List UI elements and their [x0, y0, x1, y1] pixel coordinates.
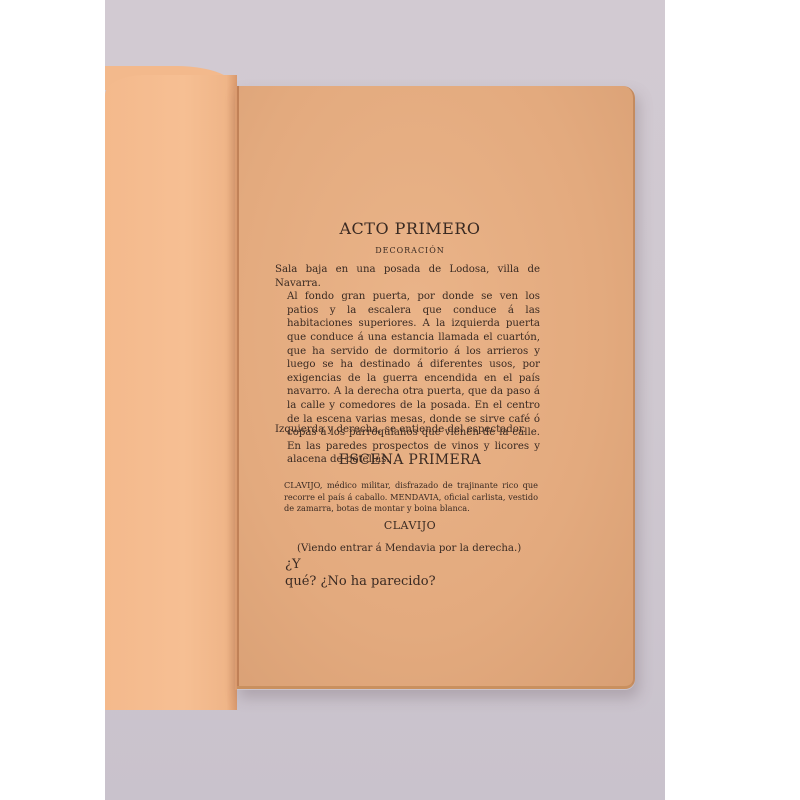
decoration-body: Al fondo gran puerta, por donde se ven l… [275, 290, 540, 467]
right-page: ACTO PRIMERO DECORACIÓN Sala baja en una… [237, 86, 635, 689]
left-page [105, 75, 237, 710]
dialogue-text-start: ¿Y [285, 557, 301, 572]
scene-title: ESCENA PRIMERA [280, 452, 540, 468]
book-photo: ACTO PRIMERO DECORACIÓN Sala baja en una… [105, 0, 665, 800]
decoration-paragraph: Sala baja en una posada de Lodosa, villa… [275, 263, 540, 467]
dialogue-text-end: qué? ¿No ha parecido? [285, 574, 436, 589]
cast-description: CLAVIJO, médico militar, disfrazado de t… [284, 480, 538, 515]
stage-note: Izquierda y derecha, se entiende del esp… [275, 424, 540, 435]
speaker-name: CLAVIJO [280, 519, 540, 532]
dialogue: (Viendo entrar á Mendavia por la derecha… [285, 541, 540, 591]
stage-direction: (Viendo entrar á Mendavia por la derecha… [285, 543, 521, 554]
decoration-first-line: Sala baja en una posada de Lodosa, villa… [275, 263, 540, 290]
book-gutter [237, 86, 239, 686]
act-title: ACTO PRIMERO [280, 219, 540, 238]
section-subtitle: DECORACIÓN [280, 246, 540, 255]
